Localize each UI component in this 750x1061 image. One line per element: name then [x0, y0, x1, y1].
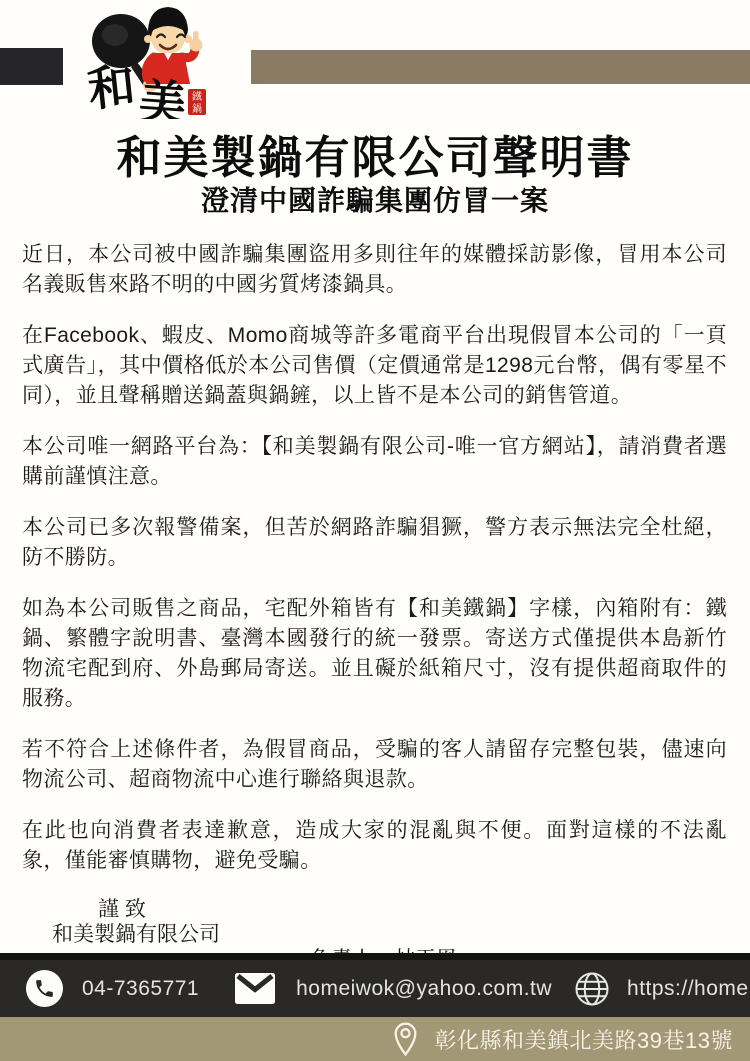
paragraph-genuine-goods: 如為本公司販售之商品，宅配外箱皆有【和美鐵鍋】字樣，內箱附有：鐵鍋、繁體字說明書… [22, 594, 727, 714]
statement-document: 和 美 鐵 鍋 和美製鍋有限公司聲明書 澄清中國詐騙集團仿冒一案 近日，本公司被… [0, 0, 750, 1061]
company-address: 彰化縣和美鎮北美路39巷13號 [435, 1024, 733, 1055]
brand-char-mei: 美 [137, 74, 188, 119]
envelope-icon [235, 973, 275, 1004]
phone-number: 04-7365771 [82, 977, 199, 1001]
paragraph-apology: 在此也向消費者表達歉意，造成大家的混亂與不便。面對這樣的不法亂象，僅能審慎購物，… [22, 816, 727, 876]
location-pin-icon [393, 1021, 418, 1057]
website-contact: https://homeiwok.com/ [574, 971, 750, 1007]
header-left-black-bar [0, 48, 63, 85]
signoff-salute: 謹 致 [98, 897, 727, 922]
document-title: 和美製鍋有限公司聲明書 [0, 121, 750, 186]
paragraph-police-report: 本公司已多次報警備案，但苦於網路詐騙猖獗，警方表示無法完全杜絕，防不勝防。 [22, 513, 727, 573]
statement-body: 近日，本公司被中國詐騙集團盜用多則往年的媒體採訪影像，冒用本公司名義販售來路不明… [22, 240, 727, 1025]
contact-footer-bar: 04-7365771 homeiwok@yahoo.com.tw [0, 953, 750, 1017]
website-url: https://homeiwok.com/ [627, 977, 750, 1001]
phone-contact: 04-7365771 [26, 970, 199, 1007]
paragraph-official-site: 本公司唯一網路平台為：【和美製鍋有限公司-唯一官方網站】，請消費者選購前謹慎注意… [22, 432, 727, 492]
globe-icon [574, 971, 610, 1007]
seal-char-2: 鍋 [192, 102, 202, 115]
document-subtitle: 澄清中國詐騙集團仿冒一案 [0, 179, 750, 219]
email-address: homeiwok@yahoo.com.tw [296, 977, 552, 1001]
header-accent-tan-bar [251, 50, 750, 84]
brand-char-he: 和 [86, 58, 138, 118]
phone-icon [26, 970, 63, 1007]
seal-char-1: 鐵 [192, 90, 202, 103]
paragraph-refund-advice: 若不符合上述條件者，為假冒商品，受騙的客人請留存完整包裝，儘速向物流公司、超商物… [22, 735, 727, 795]
address-footer-bar: 彰化縣和美鎮北美路39巷13號 [0, 1017, 750, 1061]
wok-mascot-icon: 和 美 鐵 鍋 [84, 2, 210, 119]
paragraph-media-theft: 近日，本公司被中國詐騙集團盜用多則往年的媒體採訪影像，冒用本公司名義販售來路不明… [22, 240, 727, 300]
email-contact: homeiwok@yahoo.com.tw [235, 973, 552, 1004]
company-logo: 和 美 鐵 鍋 [84, 2, 210, 119]
signoff-company: 和美製鍋有限公司 [52, 922, 727, 947]
paragraph-fake-ads: 在Facebook、蝦皮、Momo商城等許多電商平台出現假冒本公司的「一頁式廣告… [22, 321, 727, 411]
